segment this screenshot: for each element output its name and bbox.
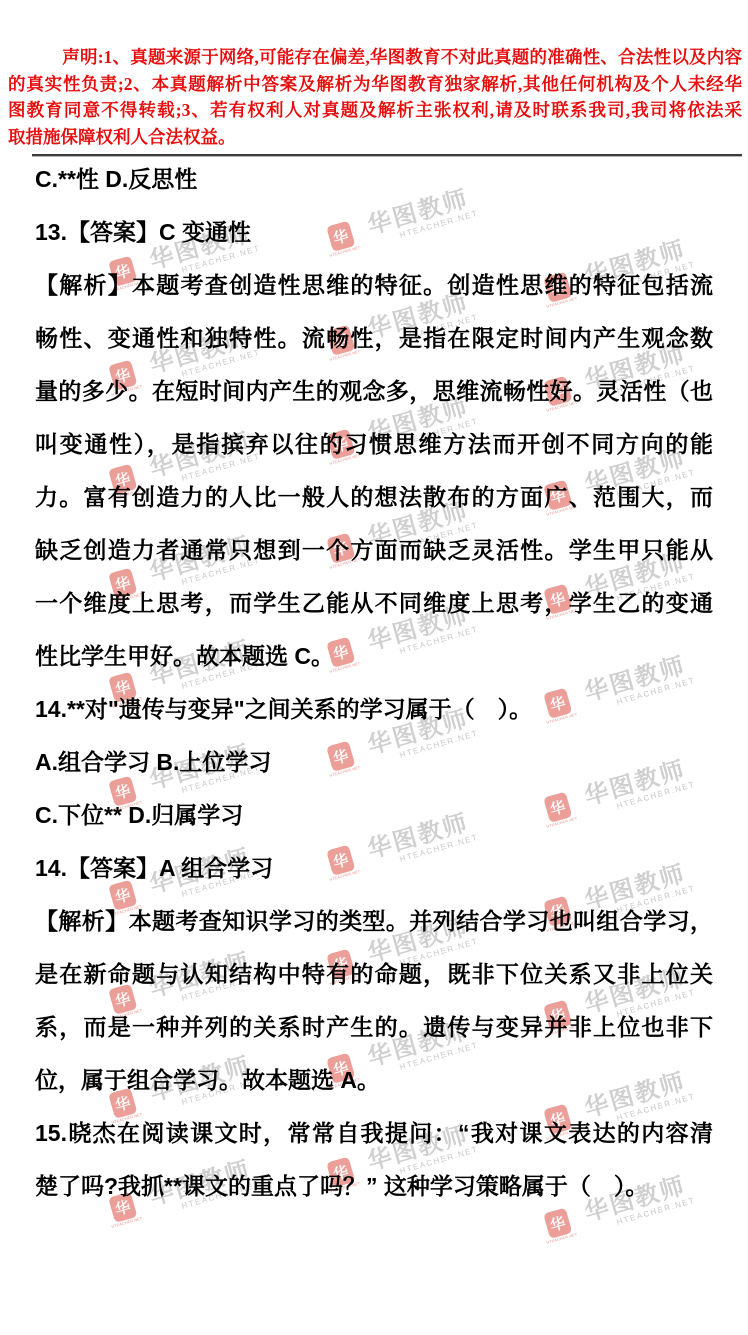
text-line: 位，属于组合学习。故本题选 A。: [35, 1054, 713, 1107]
text-line-options-cd-q13: C.**性 D.反思性: [35, 153, 713, 206]
text-line-analysis-14: 【解析】本题考查知识学习的类型。并列结合学习也叫组合学习，: [35, 895, 713, 948]
disclaimer-line: 取措施保障权利人合法权益。: [8, 124, 742, 151]
text-line: 一个维度上思考，而学生乙能从不同维度上思考，学生乙的变通: [35, 577, 713, 630]
text-line: 畅性、变通性和独特性。流畅性，是指在限定时间内产生观念数: [35, 312, 713, 365]
disclaimer-line: 的真实性负责;2、本真题解析中答案及解析为华图教育独家解析,其他任何机构及个人未…: [8, 71, 742, 98]
text-line: 是在新命题与认知结构中特有的命题，既非下位关系又非上位关: [35, 948, 713, 1001]
watermark-logo-subtext: HTEACHER.NET: [546, 1232, 578, 1245]
watermark-logo-subtext: HTEACHER.NET: [111, 1216, 143, 1229]
text-line: 缺乏创造力者通常只想到一个方面而缺乏灵活性。学生甲只能从: [35, 524, 713, 577]
text-line: 系，而是一种并列的关系时产生的。遗传与变异并非上位也非下: [35, 1001, 713, 1054]
document-page: 华 HTEACHER.NET 华图教师 HTEACHER.NET 华 HTEAC…: [0, 0, 748, 1335]
text-line: 性比学生甲好。故本题选 C。: [35, 630, 713, 683]
text-line-analysis-13: 【解析】本题考查创造性思维的特征。创造性思维的特征包括流: [35, 259, 713, 312]
text-line-options-cd-q14: C.下位** D.归属学习: [35, 789, 713, 842]
disclaimer-line-text: 1、真题来源于网络,可能存在偏差,华图教育不对此真题的准确性、合法性以及内容: [104, 47, 742, 67]
disclaimer-line: 声明:1、真题来源于网络,可能存在偏差,华图教育不对此真题的准确性、合法性以及内…: [8, 44, 742, 71]
disclaimer-bold-label: 声明:: [62, 47, 103, 67]
text-line-answer-14: 14.【答案】A 组合学习: [35, 842, 713, 895]
text-line-question-15: 15.晓杰在阅读课文时，常常自我提问：“我对课文表达的内容清: [35, 1107, 713, 1160]
text-line: 叫变通性），是指摈弃以往的习惯思维方法而开创不同方向的能: [35, 418, 713, 471]
text-line-answer-13: 13.【答案】C 变通性: [35, 206, 713, 259]
divider-line: [32, 154, 742, 157]
text-line-options-ab-q14: A.组合学习 B.上位学习: [35, 736, 713, 789]
text-line-question-14: 14.**对"遗传与变异"之间关系的学习属于（ ）。: [35, 683, 713, 736]
disclaimer-line: 图教育同意不得转载;3、若有权利人对真题及解析主张权利,请及时联系我司,我司将依…: [8, 97, 742, 124]
document-body: C.**性 D.反思性 13.【答案】C 变通性 【解析】本题考查创造性思维的特…: [35, 153, 713, 1213]
text-line: 楚了吗?我抓**课文的重点了吗？” 这种学习策略属于（ ）。: [35, 1160, 713, 1213]
text-line: 量的多少。在短时间内产生的观念多，思维流畅性好。灵活性（也: [35, 365, 713, 418]
disclaimer: 声明:1、真题来源于网络,可能存在偏差,华图教育不对此真题的准确性、合法性以及内…: [8, 44, 742, 150]
text-line: 力。富有创造力的人比一般人的想法散布的方面广、范围大，而: [35, 471, 713, 524]
